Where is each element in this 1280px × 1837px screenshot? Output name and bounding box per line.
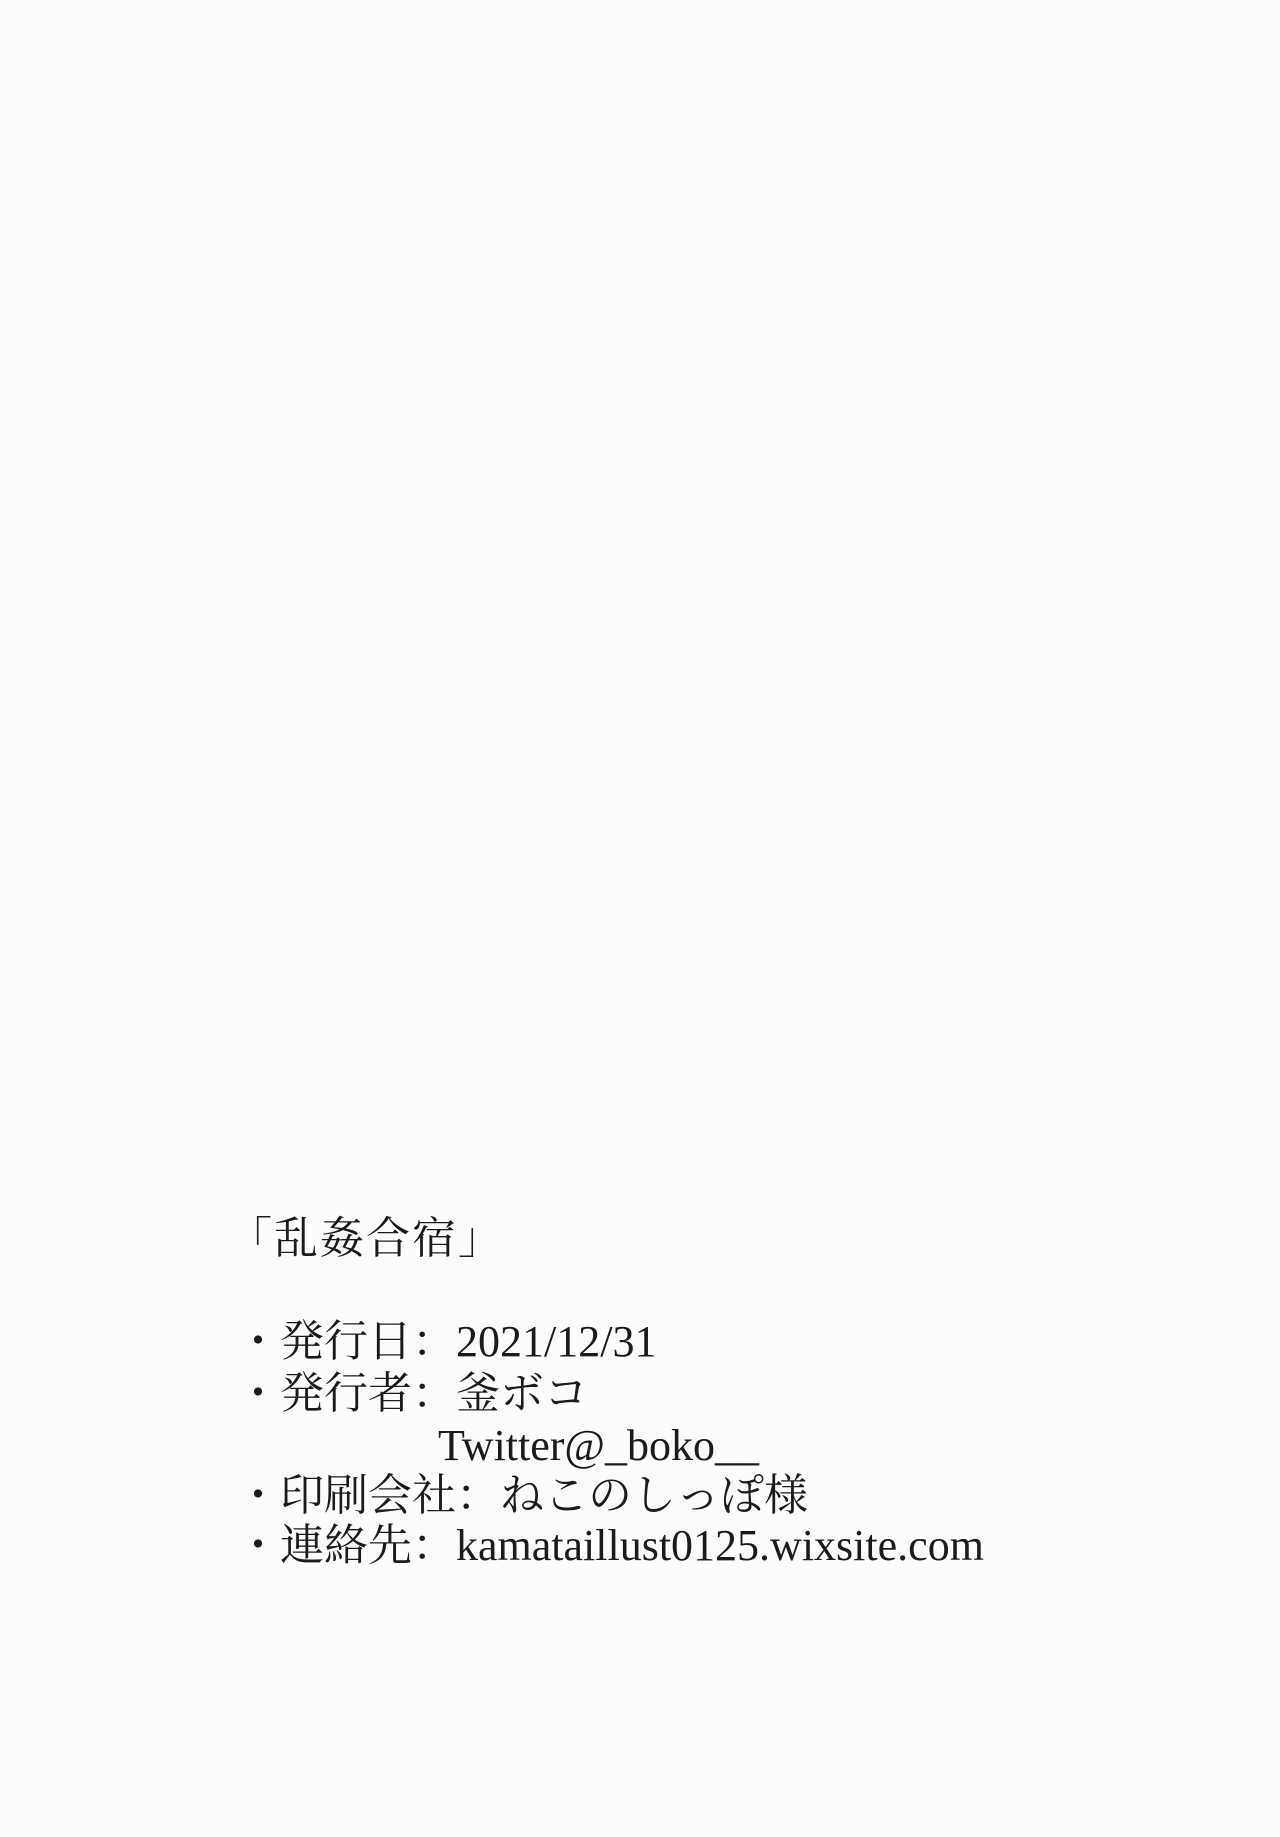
twitter-handle-line: Twitter@_boko__ [438, 1422, 759, 1470]
contact-line: ・連絡先：kamataillust0125.wixsite.com [236, 1522, 984, 1570]
printer-line: ・印刷会社：ねこのしっぽ様 [236, 1472, 808, 1520]
doujin-title: 「乱姦合宿」 [228, 1214, 504, 1265]
scanned-page: 「乱姦合宿」 ・発行日：2021/12/31 ・発行者：釜ボコ Twitter@… [0, 0, 1280, 1837]
publisher-line: ・発行者：釜ボコ [236, 1370, 588, 1418]
publish-date-line: ・発行日：2021/12/31 [236, 1318, 656, 1366]
colophon-block: 「乱姦合宿」 ・発行日：2021/12/31 ・発行者：釜ボコ Twitter@… [0, 0, 1280, 1837]
